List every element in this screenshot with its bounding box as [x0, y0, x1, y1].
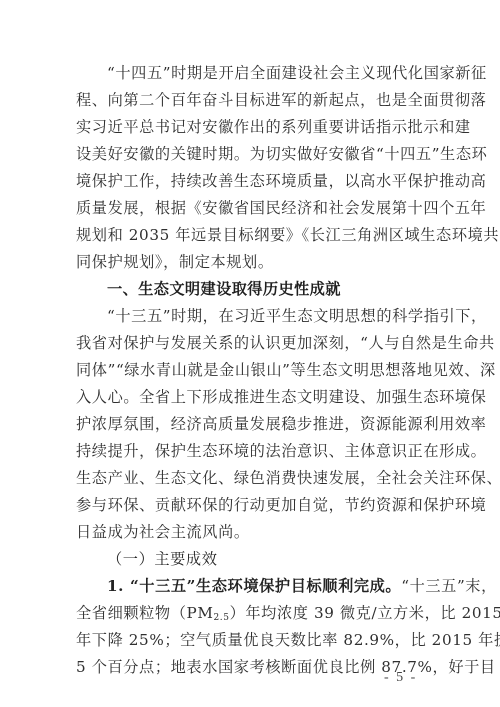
- intro-line-1: “十四五”时期是开启全面建设社会主义现代化国家新征: [76, 60, 424, 87]
- intro-line-8: 同保护规划》，制定本规划。: [76, 249, 424, 276]
- intro-line-3: 实习近平总书记对安徽作出的系列重要讲话指示批示和建: [76, 114, 424, 141]
- document-page: “十四五”时期是开启全面建设社会主义现代化国家新征 程、向第二个百年奋斗目标进军…: [0, 0, 500, 707]
- intro-line-4: 设美好安徽的关键时期。为切实做好安徽省“十四五”生态环: [76, 141, 424, 168]
- section1-line-7: 生态产业、生态文化、绿色消费快速发展，全社会关注环保、: [76, 465, 424, 492]
- item1-line2-pre: 全省细颗粒物（PM: [76, 604, 213, 622]
- pm-subscript: 2.5: [213, 613, 229, 623]
- section1-line-8: 参与环保、贡献环保的行动更加自觉，节约资源和保护环境: [76, 492, 424, 519]
- item1-lead-rest: “十三五”末，: [401, 577, 497, 595]
- section1-line-6: 持续提升，保护生态环境的法治意识、主体意识正在形成。: [76, 438, 424, 465]
- intro-line-7: 规划和 2035 年远景目标纲要》《长江三角洲区域生态环境共: [76, 222, 424, 249]
- item1-lead: 1. “十三五”生态环境保护目标顺利完成。: [107, 577, 401, 595]
- section1-line-2: 我省对保护与发展关系的认识更加深刻，“人与自然是生命共: [76, 330, 424, 357]
- section1-line-9: 日益成为社会主流风尚。: [76, 519, 424, 546]
- section1-line-4: 入人心。全省上下形成推进生态文明建设、加强生态环境保: [76, 384, 424, 411]
- item1-line-1: 1. “十三五”生态环境保护目标顺利完成。“十三五”末，: [76, 573, 424, 600]
- section1-line-5: 护浓厚氛围，经济高质量发展稳步推进，资源能源利用效率: [76, 411, 424, 438]
- item1-line-3: 年下降 25%；空气质量优良天数比率 82.9%，比 2015 年提高: [76, 627, 424, 654]
- page-number: - 5 -: [384, 670, 417, 686]
- item1-line2-post: ）年均浓度 39 微克/立方米，比 2015: [230, 604, 500, 622]
- section1-line-1: “十三五”时期，在习近平生态文明思想的科学指引下，: [76, 303, 424, 330]
- intro-line-6: 质量发展，根据《安徽省国民经济和社会发展第十四个五年: [76, 195, 424, 222]
- section-heading: 一、生态文明建设取得历史性成就: [76, 276, 424, 303]
- item1-line-2: 全省细颗粒物（PM2.5）年均浓度 39 微克/立方米，比 2015: [76, 600, 424, 627]
- subsection-heading: （一）主要成效: [76, 546, 424, 573]
- intro-line-2: 程、向第二个百年奋斗目标进军的新起点，也是全面贯彻落: [76, 87, 424, 114]
- item1-line-4: 5 个百分点；地表水国家考核断面优良比例 87.7%，好于目: [76, 654, 424, 681]
- intro-line-5: 境保护工作，持续改善生态环境质量，以高水平保护推动高: [76, 168, 424, 195]
- section1-line-3: 同体”“绿水青山就是金山银山”等生态文明思想落地见效、深: [76, 357, 424, 384]
